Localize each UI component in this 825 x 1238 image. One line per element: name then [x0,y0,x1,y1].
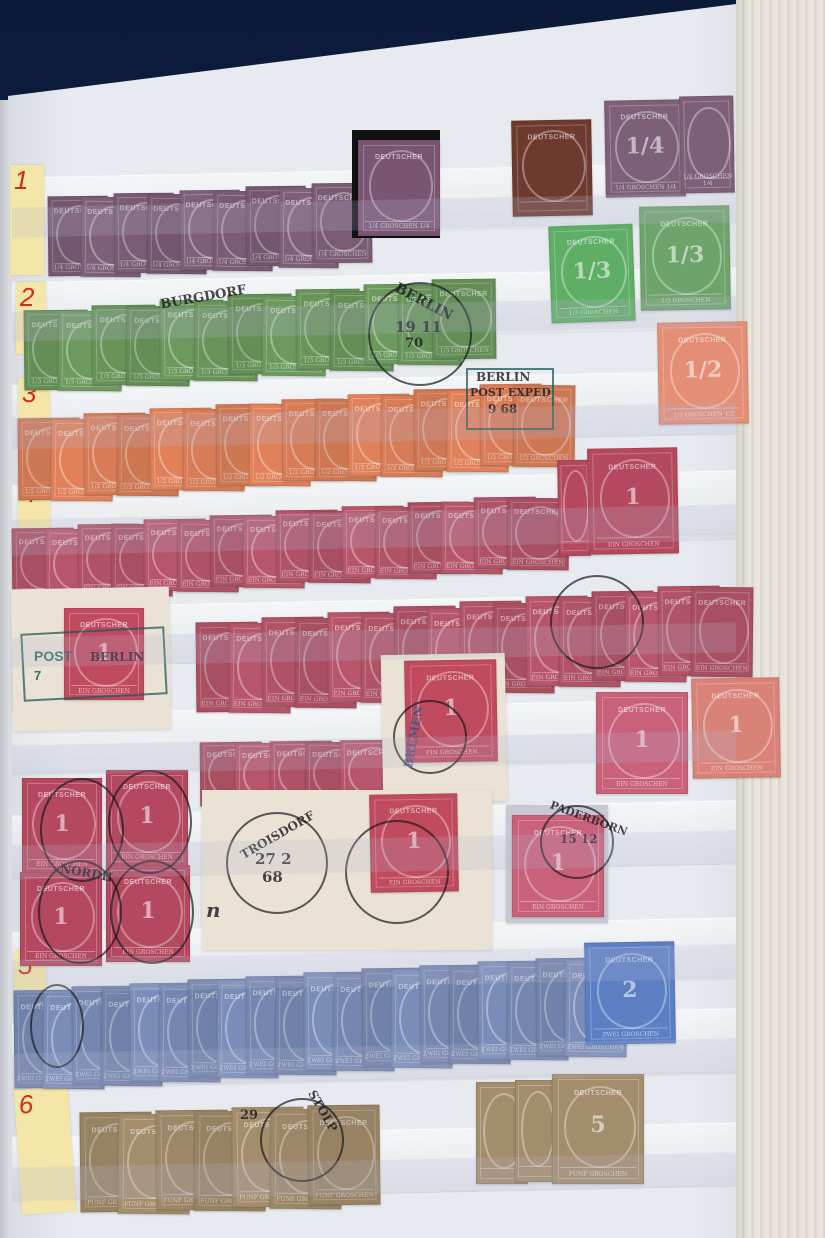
stamp-frame [518,1085,554,1177]
stamp-denomination: 1 [107,803,187,829]
stamp-denomination: 1/2 [659,356,747,384]
stamp-inscription: DEUTSCHER [605,114,683,122]
stamp-value-text: EIN GROSCHEN [597,781,687,788]
stamp-value-text: FUNF GROSCHEN [553,1171,643,1178]
stamp-denomination: 5 [553,1112,643,1138]
stamp-inscription: DEUTSCHER [23,792,101,799]
stamp-half-groschen: DEUTSCHER1/21/2 GROSCHEN 1/2 [657,321,749,425]
stamp-denomination: 1 [406,694,496,722]
stamp-value-text: 1/4 GROSCHEN 1/4 [682,173,734,188]
stamp-ein-groschen: DEUTSCHER1EIN GROSCHEN [587,447,679,555]
stamp-denomination: 1 [107,898,189,924]
stamp-zwei-groschen: DEUTSCHER2ZWEI GROSCHEN [584,941,676,1045]
stamp-denomination: 1/3 [641,241,729,269]
stamp-inscription: DEUTSCHER [359,154,439,161]
stamp-value-text: EIN GROSCHEN [513,904,603,911]
row-label-6: 6 [14,1086,77,1214]
stamp-denomination: 1/4 [606,133,684,160]
stamp-ein-groschen-pale: DEUTSCHER1EIN GROSCHEN [691,677,781,779]
stamp-on-piece: DEUTSCHER1EIN GROSCHEN [64,608,144,700]
stamp-single-brown: DEUTSCHER [511,119,593,216]
stamp-value-text: EIN GROSCHEN [107,949,189,956]
row-label-1: 1 [10,165,44,275]
stamp-inscription: DEUTSCHER [107,784,187,791]
stamp-on-piece: DEUTSCHER1EIN GROSCHEN [404,659,498,763]
stamp-ein-groschen-pair-left [557,460,591,557]
stamp-denomination: 2 [586,976,674,1004]
stamp-denomination: 1 [589,484,677,512]
stamp-value-text: 1/4 GROSCHEN 1/4 [359,223,439,230]
stamp-value-text: 1/4 GROSCHEN 1/4 [607,184,685,192]
stamp-value-text: 1/3 GROSCHEN [433,347,495,355]
row-label-text: 1 [14,165,28,196]
stamp-inscription: DEUTSCHER [65,622,143,629]
stamp-third-groschen: DEUTSCHER1/31/3 GROSCHEN [639,205,731,311]
block-of-four: DEUTSCHER1EIN GROSCHEN [22,778,102,874]
stamp-inscription: DEUTSCHER [21,886,101,893]
stamp-quarter-groschen-pair: 1/4 GROSCHEN 1/4 [679,96,735,194]
block-of-four: DEUTSCHER1EIN GROSCHEN [20,872,102,966]
stamp-funf-groschen [515,1080,557,1182]
stamp-inscription: DEUTSCHER [107,879,189,886]
stamp-inscription: DEUTSCHER [553,1090,643,1097]
stamp-row-6: DEUTSCHERFUNF GROSCHEN [307,1104,380,1205]
stamp-value-text: FUNF GROSCHEN [309,1192,379,1200]
stamp-inscription: DEUTSCHER [514,397,574,405]
mounted-stamp: DEUTSCHER1/4 GROSCHEN 1/4 [358,140,440,236]
stamp-row-3: DEUTSCHER1/2 GROSCHEN [513,385,576,468]
stamp-denomination: 1 [693,712,779,739]
stamp-inscription: DEUTSCHER [513,830,603,837]
stamp-inscription: DEUTSCHER [692,600,752,608]
stamp-frame [560,465,589,552]
stamp-denomination: 1 [371,827,457,854]
block-of-four: DEUTSCHER1EIN GROSCHEN [106,770,188,867]
stamp-value-text: 1/4 GROSCHEN [313,251,371,259]
stamp-on-piece: DEUTSCHER1EIN GROSCHEN [369,793,459,893]
stamp-row-4: DEUTSCHEREIN GROSCHEN [691,587,754,678]
stamp-value-text: EIN GROSCHEN [21,953,101,960]
stamp-value-text: ZWEI GROSCHEN [566,1044,626,1052]
stamp-denomination: 1 [23,811,101,837]
row-label-text: 2 [20,282,34,313]
stamp-value-text: EIN GROSCHEN [23,861,101,868]
stamp-inscription: DEUTSCHER [433,290,495,298]
row-label-text: 6 [18,1089,35,1121]
stamp-inscription: DEUTSCHER [309,1119,379,1127]
stamp-inscription: DEUTSCHER [512,133,590,141]
stamp-on-piece: DEUTSCHER1EIN GROSCHEN [512,815,604,917]
stamp-value-text: EIN GROSCHEN [65,688,143,695]
stamp-value-text: EIN GROSCHEN [107,854,187,861]
stamp-third-groschen: DEUTSCHER1/31/3 GROSCHEN [548,224,635,324]
stamp-value-text: EIN GROSCHEN [692,664,752,672]
stamp-inscription: DEUTSCHER [597,707,687,714]
stamp-denomination: 1 [21,904,101,930]
block-of-four: DEUTSCHER1EIN GROSCHEN [106,865,190,962]
stamp-inscription: DEUTSCHER [692,692,778,700]
stamp-ein-groschen-mint: DEUTSCHER1EIN GROSCHEN [596,692,688,794]
stamp-inscription: DEUTSCHER [370,808,456,816]
stamp-denomination: 1/3 [550,257,633,286]
stamp-quarter-groschen: DEUTSCHER1/41/4 GROSCHEN 1/4 [604,99,686,197]
stamp-denomination: 1 [597,727,687,753]
stamp-funf-groschen: DEUTSCHER5FUNF GROSCHEN [552,1074,644,1184]
stamp-denomination: 1 [65,640,143,666]
stamp-denomination: 1 [513,850,603,876]
stamp-row-2: DEUTSCHER1/3 GROSCHEN [432,278,497,359]
stockbook-photo: 123456 DEUTSCHER1/4 GROSCHENDEUTSCHER1/4… [0,0,825,1238]
stamp-value-text: EIN GROSCHEN [508,558,568,566]
